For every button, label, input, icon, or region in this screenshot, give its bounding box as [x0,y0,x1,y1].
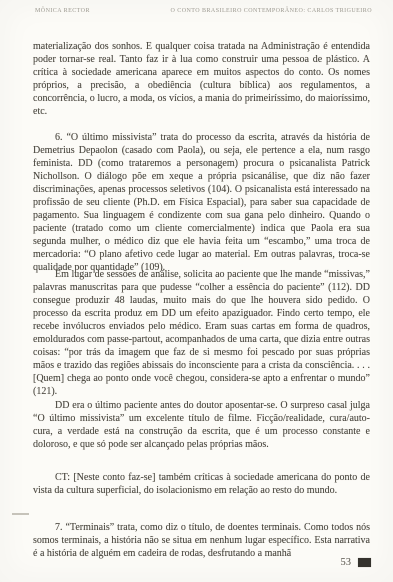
paragraph-ct-note: CT: [Neste conto faz-se] também críticas… [33,471,370,497]
footer-square-icon [358,558,371,567]
page-number: 53 [341,557,352,568]
paragraph-missivas: Em lugar de sessões de análise, solicita… [33,268,370,398]
paragraph-section-6: 6. “O último missivista” trata do proces… [33,131,370,274]
paragraph-conclusion: DD era o último paciente antes do doutor… [33,399,370,451]
page-body: materialização dos sonhos. E qualquer co… [33,0,370,582]
page-footer: 53 [341,557,372,568]
document-page: MÔNICA RECTOR O CONTO BRASILEIRO CONTEMP… [0,0,393,582]
paragraph-section-7: 7. “Terminais” trata, como diz o título,… [33,521,370,560]
scan-artifact [12,513,29,515]
paragraph-continuation: materialização dos sonhos. E qualquer co… [33,40,370,118]
